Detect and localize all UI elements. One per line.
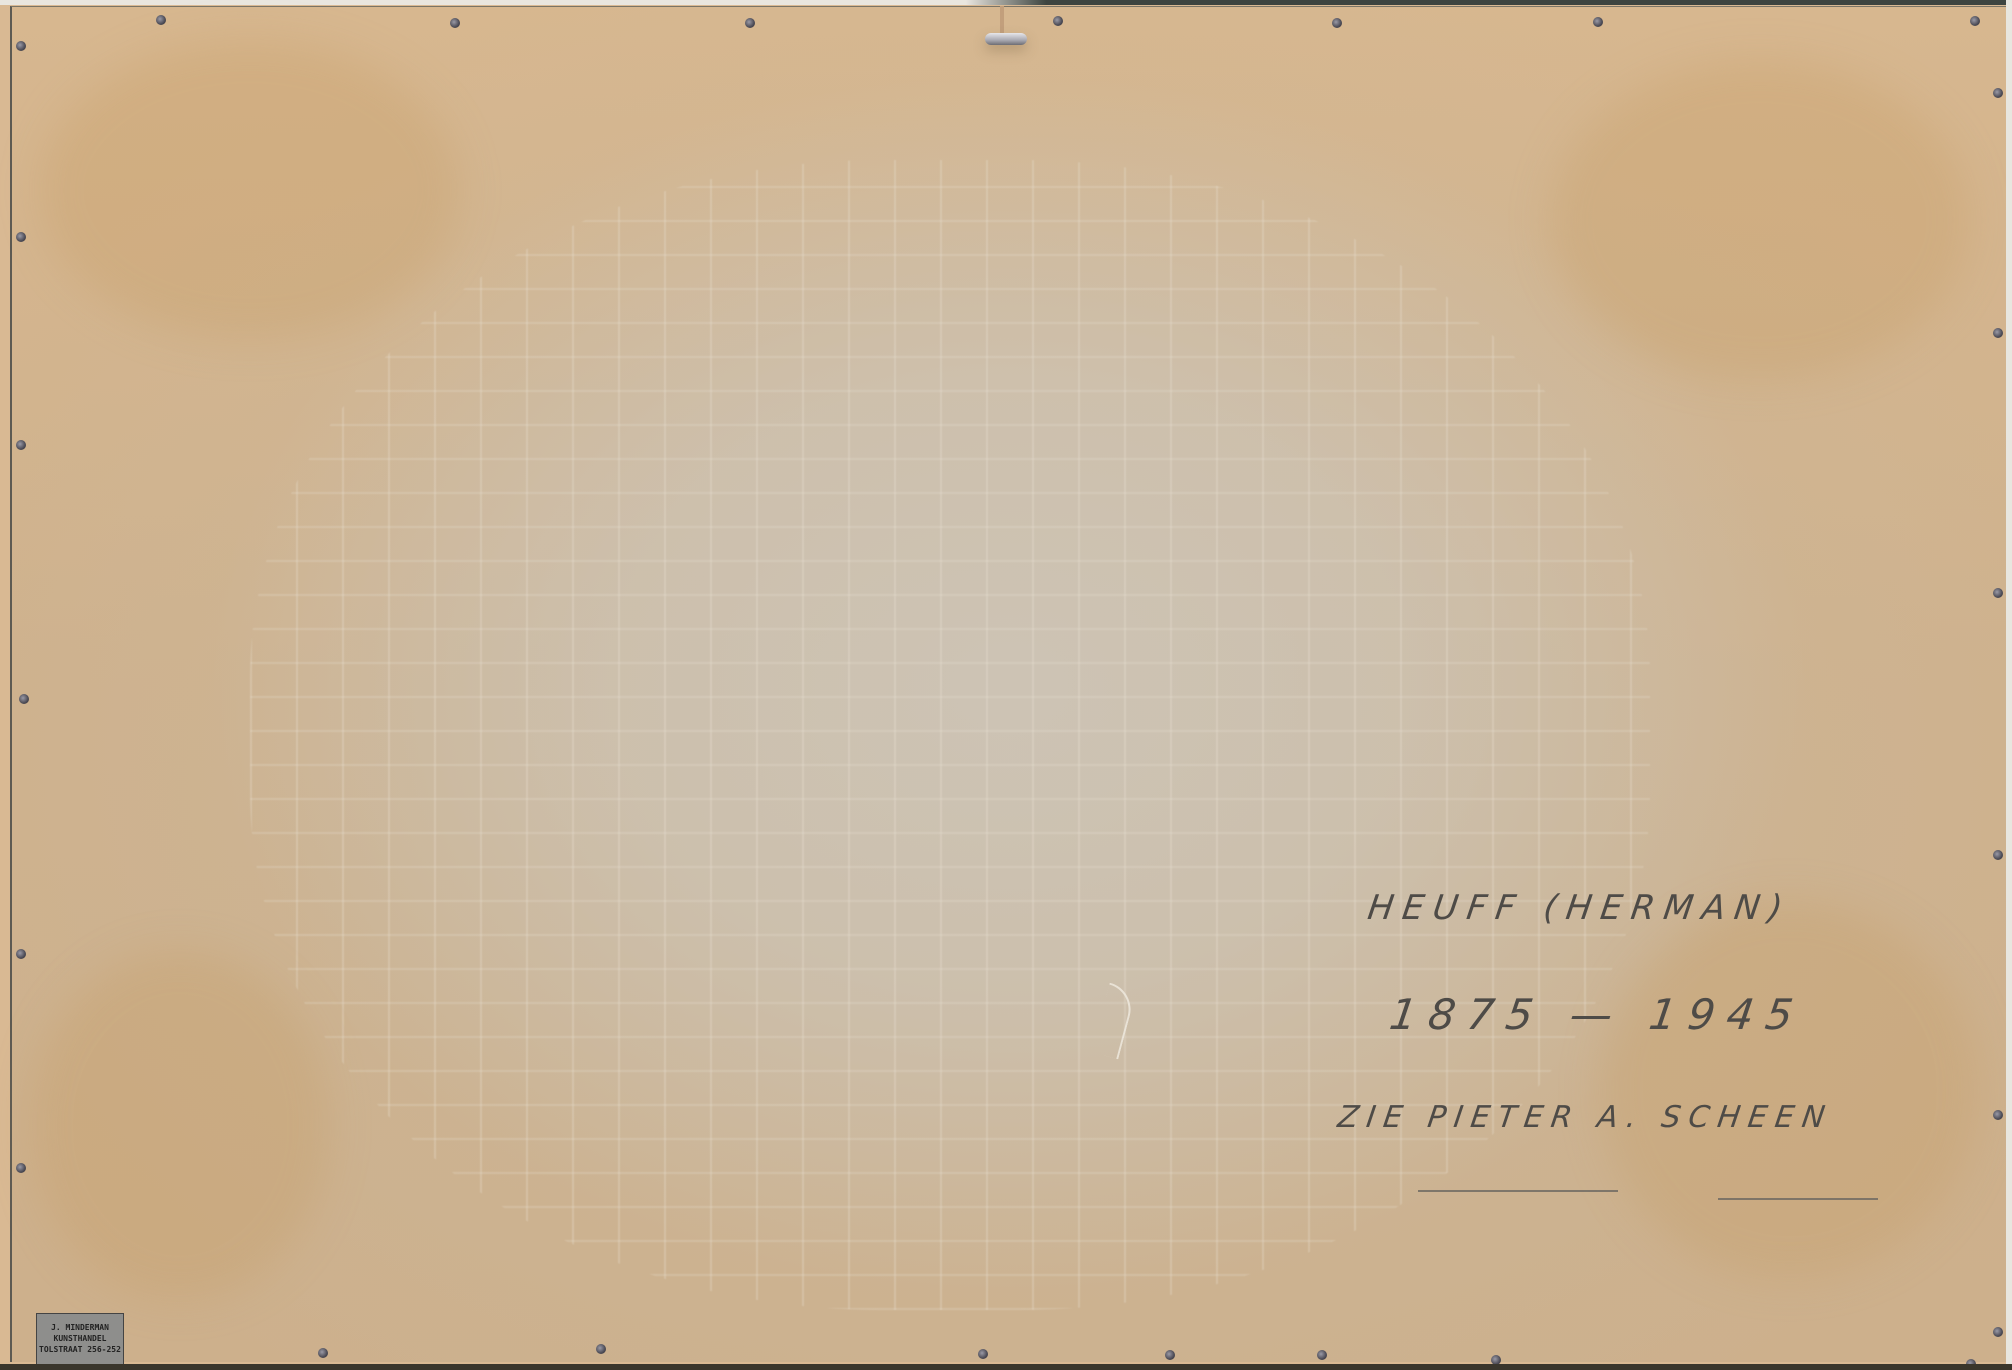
nail-icon bbox=[1993, 1110, 2003, 1120]
frame-bottom-edge bbox=[0, 1364, 2012, 1370]
nail-icon bbox=[1053, 16, 1063, 26]
nail-icon bbox=[318, 1348, 328, 1358]
embossed-crocodile-texture bbox=[250, 160, 1650, 1310]
inscription-artist-name: HEUFF (HERMAN) bbox=[1365, 888, 1794, 928]
dealer-label-type: KUNSTHANDEL bbox=[37, 1333, 123, 1344]
nail-icon bbox=[16, 949, 26, 959]
dealer-label-address: TOLSTRAAT 256-252 bbox=[37, 1344, 123, 1355]
stain bbox=[30, 950, 330, 1300]
inscription-reference: ZIE PIETER A. SCHEEN bbox=[1336, 1100, 1835, 1135]
frame-top-edge bbox=[0, 0, 2012, 5]
inscription-dates: 1875 — 1945 bbox=[1387, 990, 1808, 1039]
dealer-label-name: J. MINDERMAN bbox=[37, 1322, 123, 1333]
nail-icon bbox=[1993, 88, 2003, 98]
frame-back: HEUFF (HERMAN) 1875 — 1945 ZIE PIETER A.… bbox=[0, 0, 2012, 1370]
nail-icon bbox=[156, 15, 166, 25]
nail-icon bbox=[16, 440, 26, 450]
frame-right-edge bbox=[2006, 0, 2012, 1370]
nail-icon bbox=[745, 18, 755, 28]
nail-icon bbox=[1317, 1350, 1327, 1360]
nail-icon bbox=[978, 1349, 988, 1359]
hanger-cord bbox=[1000, 6, 1004, 34]
hanging-ring-icon[interactable] bbox=[985, 33, 1027, 45]
nail-icon bbox=[16, 41, 26, 51]
nail-icon bbox=[1993, 850, 2003, 860]
nail-icon bbox=[1993, 588, 2003, 598]
dealer-label: J. MINDERMAN KUNSTHANDEL TOLSTRAAT 256-2… bbox=[36, 1313, 124, 1370]
inscription-underline bbox=[1718, 1198, 1878, 1200]
nail-icon bbox=[596, 1344, 606, 1354]
stain bbox=[1550, 60, 1970, 380]
nail-icon bbox=[1593, 17, 1603, 27]
stain bbox=[40, 40, 460, 340]
nail-icon bbox=[1165, 1350, 1175, 1360]
nail-icon bbox=[1993, 328, 2003, 338]
stain bbox=[1600, 900, 1980, 1280]
nail-icon bbox=[1970, 16, 1980, 26]
inscription-underline bbox=[1418, 1190, 1618, 1192]
nail-icon bbox=[16, 1163, 26, 1173]
nail-icon bbox=[19, 694, 29, 704]
nail-icon bbox=[450, 18, 460, 28]
nail-icon bbox=[1332, 18, 1342, 28]
nail-icon bbox=[16, 232, 26, 242]
nail-icon bbox=[1993, 1327, 2003, 1337]
